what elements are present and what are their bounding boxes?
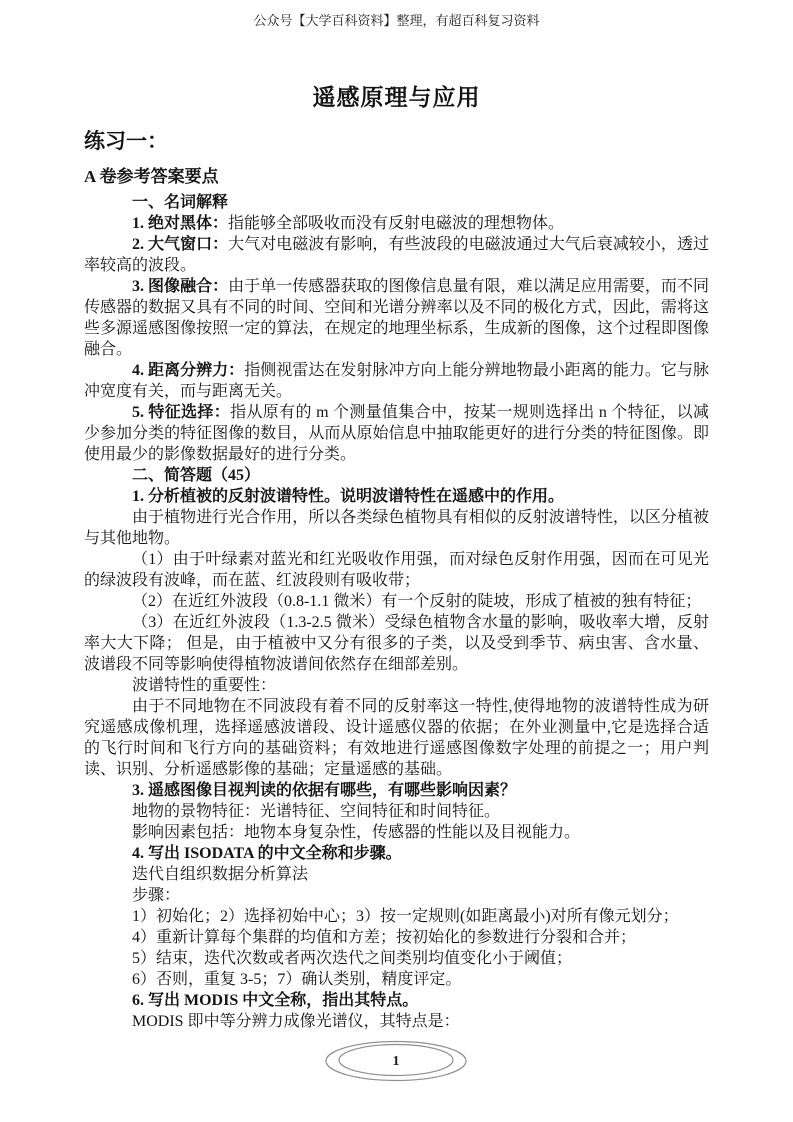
- answer-paragraph: （1）由于叶绿素对蓝光和红光吸收作用强，而对绿色反射作用强，因而在可见光的绿波段…: [84, 549, 709, 591]
- para-text: 步骤：: [132, 887, 180, 904]
- para-text: 影响因素包括：地物本身复杂性，传感器的性能以及目视能力。: [132, 824, 580, 841]
- page-header-note: 公众号【大学百科资料】整理，有超百科复习资料: [0, 0, 793, 29]
- term-item: 4. 距离分辨力：指侧视雷达在发射脉冲方向上能分辨地物最小距离的能力。它与脉冲宽…: [84, 360, 709, 402]
- bold-lead: 6. 写出 MODIS 中文全称，指出其特点。: [132, 992, 418, 1009]
- term-item: 2. 大气窗口：大气对电磁波有影响，有些波段的电磁波通过大气后衰减较小，透过率较…: [84, 234, 709, 276]
- document-title: 遥感原理与应用: [0, 84, 793, 112]
- answer-paragraph: 影响因素包括：地物本身复杂性，传感器的性能以及目视能力。: [84, 822, 709, 843]
- term-item: 5. 特征选择：指从原有的 m 个测量值集合中，按某一规则选择出 n 个特征，以…: [84, 402, 709, 465]
- term-item: 3. 图像融合：由于单一传感器获取的图像信息量有限，难以满足应用需要，而不同传感…: [84, 276, 709, 360]
- bold-lead: 二、简答题（45）: [132, 467, 260, 484]
- bold-lead: 1. 绝对黑体：: [132, 215, 228, 232]
- answer-paragraph: 地物的景物特征：光谱特征、空间特征和时间特征。: [84, 801, 709, 822]
- section-heading-short-answer: 二、简答题（45）: [84, 465, 709, 486]
- answer-paragraph: 迭代自组织数据分析算法: [84, 864, 709, 885]
- section-heading-terms: 一、名词解释: [84, 192, 709, 213]
- document-page: 公众号【大学百科资料】整理，有超百科复习资料 遥感原理与应用 练习一： A 卷参…: [0, 0, 793, 1122]
- document-body: 一、名词解释 1. 绝对黑体：指能够全部吸收而没有反射电磁波的理想物体。 2. …: [84, 192, 709, 1032]
- bold-lead: 5. 特征选择：: [132, 404, 230, 421]
- para-text: 迭代自组织数据分析算法: [132, 866, 308, 883]
- answer-paragraph: （3）在近红外波段（1.3-2.5 微米）受绿色植物含水量的影响，吸收率大增，反…: [84, 612, 709, 675]
- bold-lead: 2. 大气窗口：: [132, 236, 228, 253]
- para-text: 6）否则，重复 3-5；7）确认类别，精度评定。: [132, 971, 461, 988]
- answer-paragraph: 1）初始化；2）选择初始中心；3）按一定规则(如距离最小)对所有像元划分；: [84, 906, 709, 927]
- answer-paragraph: 4）重新计算每个集群的均值和方差；按初始化的参数进行分裂和合并；: [84, 927, 709, 948]
- question-item: 1. 分析植被的反射波谱特性。说明波谱特性在遥感中的作用。: [84, 486, 709, 507]
- answer-paragraph: 6）否则，重复 3-5；7）确认类别，精度评定。: [84, 969, 709, 990]
- para-text: 由于不同地物在不同波段有着不同的反射率这一特性,使得地物的波谱特性成为研究遥感成…: [84, 698, 709, 778]
- answer-key-heading: A 卷参考答案要点: [84, 166, 709, 187]
- para-text: （1）由于叶绿素对蓝光和红光吸收作用强，而对绿色反射作用强，因而在可见光的绿波段…: [84, 551, 709, 589]
- para-text: 指能够全部吸收而没有反射电磁波的理想物体。: [228, 215, 564, 232]
- para-text: 5）结束，迭代次数或者两次迭代之间类别均值变化小于阈值；: [132, 950, 572, 967]
- bold-lead: 4. 写出 ISODATA 的中文全称和步骤。: [132, 845, 402, 862]
- para-text: （2）在近红外波段（0.8-1.1 微米）有一个反射的陡坡，形成了植被的独有特征…: [132, 593, 701, 610]
- answer-paragraph: 由于不同地物在不同波段有着不同的反射率这一特性,使得地物的波谱特性成为研究遥感成…: [84, 696, 709, 780]
- question-item: 6. 写出 MODIS 中文全称，指出其特点。: [84, 990, 709, 1011]
- para-text: （3）在近红外波段（1.3-2.5 微米）受绿色植物含水量的影响，吸收率大增，反…: [84, 614, 709, 673]
- para-text: 1）初始化；2）选择初始中心；3）按一定规则(如距离最小)对所有像元划分；: [132, 908, 679, 925]
- para-text: 波谱特性的重要性：: [132, 677, 276, 694]
- answer-paragraph: 5）结束，迭代次数或者两次迭代之间类别均值变化小于阈值；: [84, 948, 709, 969]
- term-item: 1. 绝对黑体：指能够全部吸收而没有反射电磁波的理想物体。: [84, 213, 709, 234]
- question-item: 3. 遥感图像目视判读的依据有哪些，有哪些影响因素？: [84, 780, 709, 801]
- page-number: 1: [393, 1054, 400, 1069]
- para-text: 由于植物进行光合作用，所以各类绿色植物具有相似的反射波谱特性，以区分植被与其他地…: [84, 509, 709, 547]
- question-item: 4. 写出 ISODATA 的中文全称和步骤。: [84, 843, 709, 864]
- bold-lead: 4. 距离分辨力：: [132, 362, 244, 379]
- answer-paragraph: （2）在近红外波段（0.8-1.1 微米）有一个反射的陡坡，形成了植被的独有特征…: [84, 591, 709, 612]
- bold-lead: 3. 遥感图像目视判读的依据有哪些，有哪些影响因素？: [132, 782, 516, 799]
- exercise-heading: 练习一：: [84, 128, 709, 154]
- bold-lead: 一、名词解释: [132, 194, 228, 211]
- bold-lead: 3. 图像融合：: [132, 278, 228, 295]
- para-text: MODIS 即中等分辨力成像光谱仪，其特点是：: [132, 1013, 460, 1030]
- bold-lead: 1. 分析植被的反射波谱特性。说明波谱特性在遥感中的作用。: [132, 488, 564, 505]
- para-text: 4）重新计算每个集群的均值和方差；按初始化的参数进行分裂和合并；: [132, 929, 636, 946]
- answer-paragraph: MODIS 即中等分辨力成像光谱仪，其特点是：: [84, 1011, 709, 1032]
- answer-paragraph: 步骤：: [84, 885, 709, 906]
- answer-paragraph: 波谱特性的重要性：: [84, 675, 709, 696]
- para-text: 地物的景物特征：光谱特征、空间特征和时间特征。: [132, 803, 500, 820]
- page-number-badge: 1: [322, 1038, 470, 1084]
- answer-paragraph: 由于植物进行光合作用，所以各类绿色植物具有相似的反射波谱特性，以区分植被与其他地…: [84, 507, 709, 549]
